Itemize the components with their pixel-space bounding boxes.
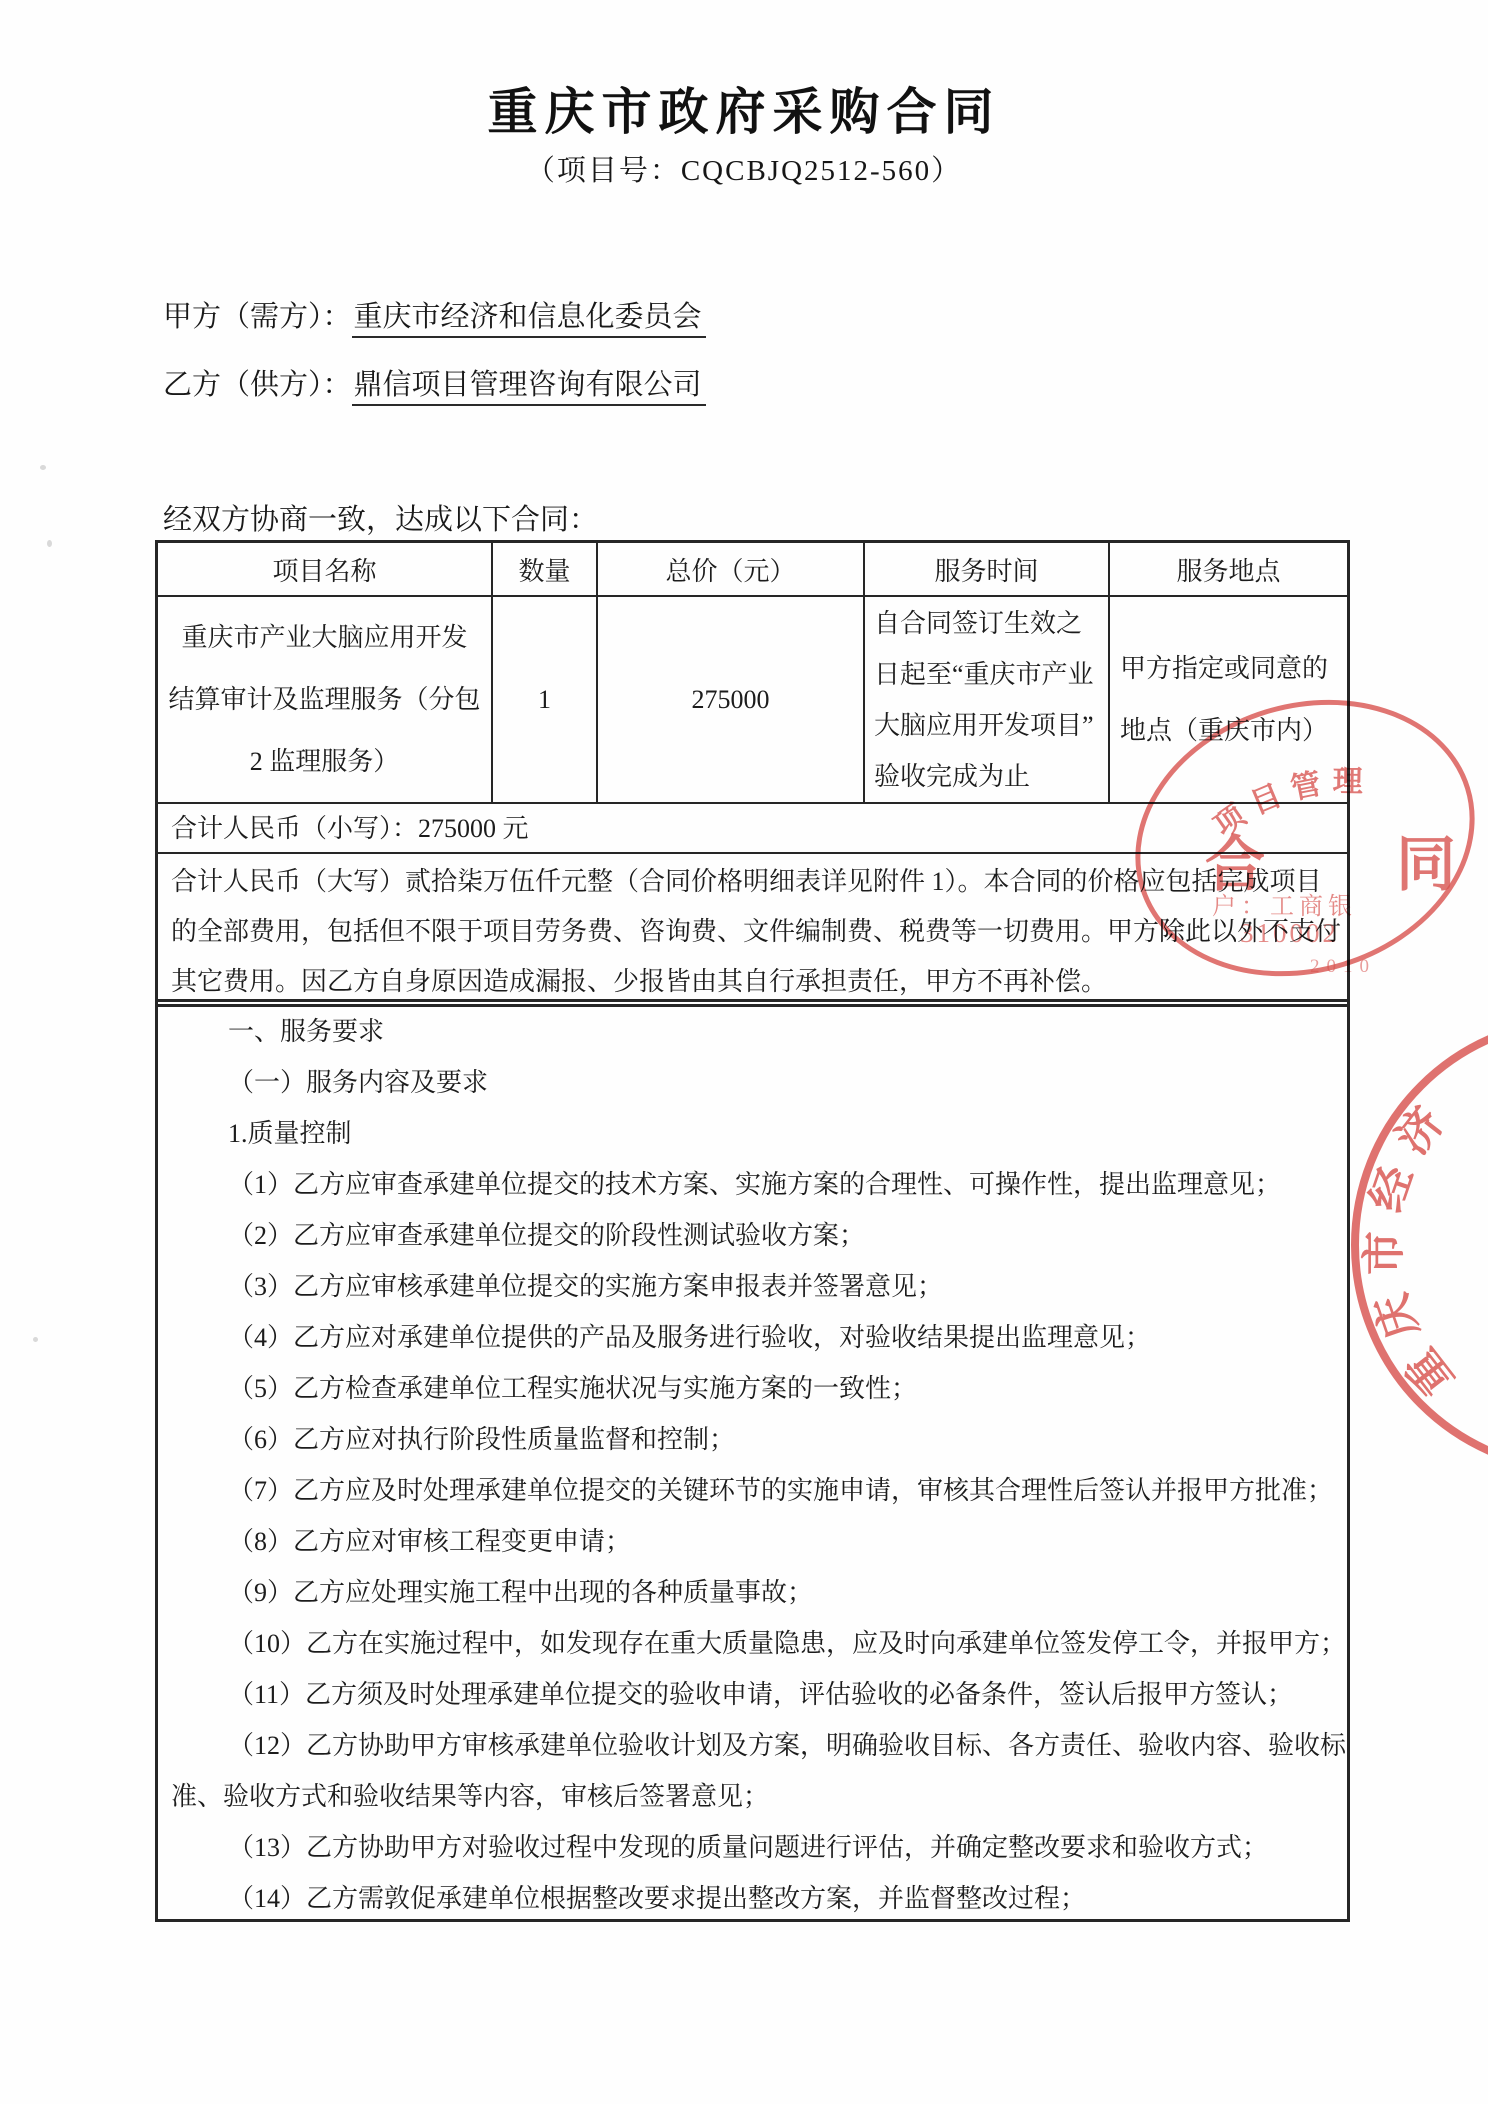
seal-circle-border	[1355, 1020, 1488, 1470]
total-lowercase-row: 合计人民币（小写）：275000 元	[158, 802, 1347, 852]
requirement-line: （13）乙方协助甲方对验收过程中发现的质量问题进行评估，并确定整改要求和验收方式…	[158, 1822, 1347, 1873]
service-requirements-box: 一、服务要求 （一）服务内容及要求 1.质量控制 （1）乙方应审查承建单位提交的…	[155, 999, 1350, 1922]
table-header-row: 项目名称 数量 总价（元） 服务时间 服务地点	[158, 543, 1347, 595]
requirement-line: （7）乙方应及时处理承建单位提交的关键环节的实施申请，审核其合理性后签认并报甲方…	[158, 1465, 1347, 1516]
cell-service-time: 自合同签订生效之 日起至“重庆市产业 大脑应用开发项目” 验收完成为止	[865, 597, 1110, 802]
header-service-location: 服务地点	[1110, 543, 1347, 595]
party-b-name: 鼎信项目管理咨询有限公司	[352, 369, 706, 406]
requirement-line: （14）乙方需敦促承建单位根据整改要求提出整改方案，并监督整改过程；	[158, 1873, 1347, 1924]
header-service-time: 服务时间	[865, 543, 1110, 595]
header-total-price: 总价（元）	[598, 543, 865, 595]
party-a-label: 甲方（需方）：	[163, 301, 352, 333]
agreement-line: 经双方协商一致，达成以下合同：	[163, 497, 598, 538]
cell-project-name: 重庆市产业大脑应用开发 结算审计及监理服务（分包 2 监理服务）	[158, 597, 493, 802]
requirement-line: （4）乙方应对承建单位提供的产品及服务进行验收，对验收结果提出监理意见；	[158, 1312, 1347, 1363]
scan-speck	[47, 540, 52, 547]
party-a-name: 重庆市经济和信息化委员会	[352, 301, 706, 338]
scan-speck	[40, 465, 46, 470]
agency-seal-arc-text: 重庆市经济	[1359, 1086, 1462, 1404]
requirement-line: （8）乙方应对审核工程变更申请；	[158, 1516, 1347, 1567]
requirement-line: （6）乙方应对执行阶段性质量监督和控制；	[158, 1414, 1347, 1465]
party-b-line: 乙方（供方）：鼎信项目管理咨询有限公司	[163, 362, 706, 403]
header-quantity: 数量	[493, 543, 598, 595]
header-project-name: 项目名称	[158, 543, 493, 595]
requirement-line: 1.质量控制	[158, 1108, 1347, 1159]
party-a-line: 甲方（需方）：重庆市经济和信息化委员会	[163, 294, 706, 335]
project-number: （项目号：CQCBJQ2512-560）	[0, 148, 1488, 189]
requirement-line: （10）乙方在实施过程中，如发现存在重大质量隐患，应及时向承建单位签发停工令，并…	[158, 1618, 1347, 1669]
requirement-line: （3）乙方应审核承建单位提交的实施方案申报表并签署意见；	[158, 1261, 1347, 1312]
requirement-line: （12）乙方协助甲方审核承建单位验收计划及方案，明确验收目标、各方责任、验收内容…	[158, 1720, 1347, 1771]
party-b-label: 乙方（供方）：	[163, 369, 352, 401]
cell-quantity: 1	[493, 597, 598, 802]
cell-service-location: 甲方指定或同意的 地点（重庆市内）	[1110, 597, 1347, 802]
requirement-line: 一、服务要求	[158, 1006, 1347, 1057]
scan-speck	[33, 1337, 38, 1342]
uppercase-line: 的全部费用，包括但不限于项目劳务费、咨询费、文件编制费、税费等一切费用。甲方除此…	[171, 907, 1339, 957]
requirement-line: （9）乙方应处理实施工程中出现的各种质量事故；	[158, 1567, 1347, 1618]
requirement-line: （2）乙方应审查承建单位提交的阶段性测试验收方案；	[158, 1210, 1347, 1261]
contract-document: 重庆市政府采购合同 （项目号：CQCBJQ2512-560） 甲方（需方）：重庆…	[0, 0, 1488, 2104]
uppercase-line: 合计人民币（大写）贰拾柒万伍仟元整（合同价格明细表详见附件 1）。本合同的价格应…	[171, 857, 1339, 907]
requirement-line-continuation: 准、验收方式和验收结果等内容，审核后签署意见；	[158, 1771, 1347, 1822]
requirement-line: （1）乙方应审查承建单位提交的技术方案、实施方案的合理性、可操作性，提出监理意见…	[158, 1159, 1347, 1210]
requirement-line: （一）服务内容及要求	[158, 1057, 1347, 1108]
requirement-line: （11）乙方须及时处理承建单位提交的验收申请，评估验收的必备条件，签认后报甲方签…	[158, 1669, 1347, 1720]
document-title: 重庆市政府采购合同	[0, 72, 1488, 144]
requirement-line: （5）乙方检查承建单位工程实施状况与实施方案的一致性；	[158, 1363, 1347, 1414]
total-uppercase-row: 合计人民币（大写）贰拾柒万伍仟元整（合同价格明细表详见附件 1）。本合同的价格应…	[158, 852, 1347, 1004]
contract-table: 项目名称 数量 总价（元） 服务时间 服务地点 重庆市产业大脑应用开发 结算审计…	[155, 540, 1350, 1007]
table-row: 重庆市产业大脑应用开发 结算审计及监理服务（分包 2 监理服务） 1 27500…	[158, 595, 1347, 802]
cell-total-price: 275000	[598, 597, 865, 802]
